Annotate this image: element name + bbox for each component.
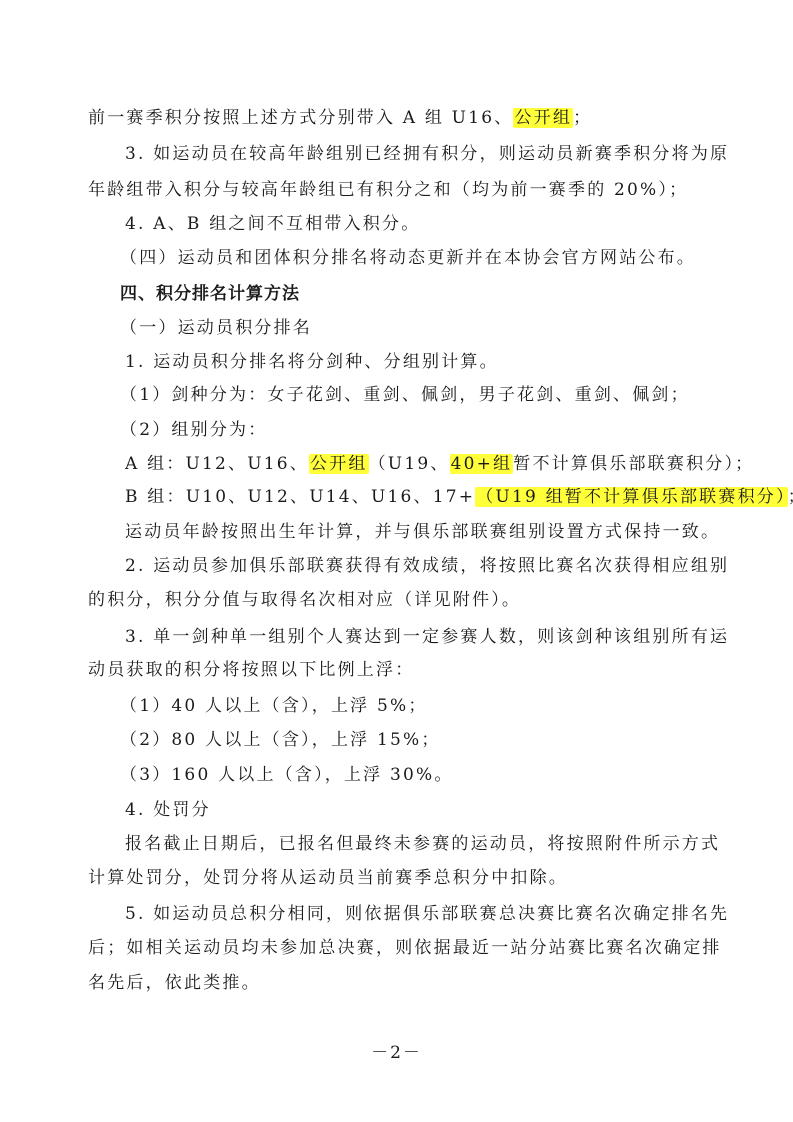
rule-1: 1. 运动员积分排名将分剑种、分组别计算。: [125, 350, 708, 374]
rule-3-line-2: 动员获取的积分将按照以下比例上浮：: [88, 658, 708, 682]
age-rule: 运动员年龄按照出生年计算，并与俱乐部联赛组别设置方式保持一致。: [125, 520, 708, 544]
rule-1-weapons: （1）剑种分为：女子花剑、重剑、佩剑，男子花剑、重剑、佩剑；: [120, 383, 740, 407]
highlight-u19-note: （U19 组暂不计算俱乐部联赛积分）: [475, 487, 787, 507]
item-4: 4. A、B 组之间不互相带入积分。: [125, 212, 708, 236]
highlight-open-group: 公开组: [309, 454, 369, 474]
text-span: ；: [573, 108, 592, 128]
rule-4-title: 4. 处罚分: [125, 798, 708, 822]
subsection-heading: （一）运动员积分排名: [120, 316, 740, 340]
section-heading: 四、积分排名计算方法: [120, 282, 740, 306]
bonus-40: （1）40 人以上（含），上浮 5%；: [120, 694, 740, 718]
rule-4-line-2: 计算处罚分，处罚分将从运动员当前赛季总积分中扣除。: [88, 866, 708, 890]
bonus-80: （2）80 人以上（含），上浮 15%；: [120, 728, 740, 752]
page-number: －2－: [0, 1038, 793, 1063]
document-page: 前一赛季积分按照上述方式分别带入 A 组 U16、公开组； 3. 如运动员在较高…: [0, 0, 793, 1122]
bonus-160: （3）160 人以上（含），上浮 30%。: [120, 763, 740, 787]
rule-4-line-1: 报名截止日期后，已报名但最终未参赛的运动员，将按照附件所示方式: [125, 832, 708, 856]
rule-5-line-3: 名先后，依此类推。: [88, 971, 708, 995]
highlight-40plus-group: 40+组: [450, 454, 514, 474]
rule-1-groups: （2）组别分为：: [120, 418, 740, 442]
text-span: B 组：U10、U12、U14、U16、17+: [125, 487, 475, 507]
paragraph-line-carryover: 前一赛季积分按照上述方式分别带入 A 组 U16、公开组；: [88, 106, 708, 130]
text-span: 暂不计算俱乐部联赛积分）；: [513, 454, 754, 474]
rule-3-line-1: 3. 单一剑种单一组别个人赛达到一定参赛人数，则该剑种该组别所有运: [125, 625, 708, 649]
item-3-line-2: 年龄组带入积分与较高年龄组已有积分之和（均为前一赛季的 20%）；: [88, 178, 708, 202]
rule-5-line-2: 后；如相关运动员均未参加总决赛，则依据最近一站分站赛比赛名次确定排: [88, 936, 708, 960]
text-span: ；: [788, 487, 793, 507]
rule-2-line-1: 2. 运动员参加俱乐部联赛获得有效成绩，将按照比赛名次获得相应组别: [125, 554, 708, 578]
group-b-line: B 组：U10、U12、U14、U16、17+（U19 组暂不计算俱乐部联赛积分…: [125, 485, 708, 509]
item-3-line-1: 3. 如运动员在较高年龄组别已经拥有积分，则运动员新赛季积分将为原: [125, 142, 708, 166]
group-a-line: A 组：U12、U16、公开组（U19、40+组暂不计算俱乐部联赛积分）；: [125, 452, 708, 476]
rule-2-line-2: 的积分，积分分值与取得名次相对应（详见附件）。: [88, 588, 708, 612]
text-span: （U19、: [369, 454, 450, 474]
section-four-paren: （四）运动员和团体积分排名将动态更新并在本协会官方网站公布。: [120, 246, 740, 270]
text-span: 前一赛季积分按照上述方式分别带入 A 组 U16、: [88, 108, 513, 128]
text-span: A 组：U12、U16、: [125, 454, 309, 474]
highlight-open-group: 公开组: [513, 108, 573, 128]
rule-5-line-1: 5. 如运动员总积分相同，则依据俱乐部联赛总决赛比赛名次确定排名先: [125, 902, 708, 926]
